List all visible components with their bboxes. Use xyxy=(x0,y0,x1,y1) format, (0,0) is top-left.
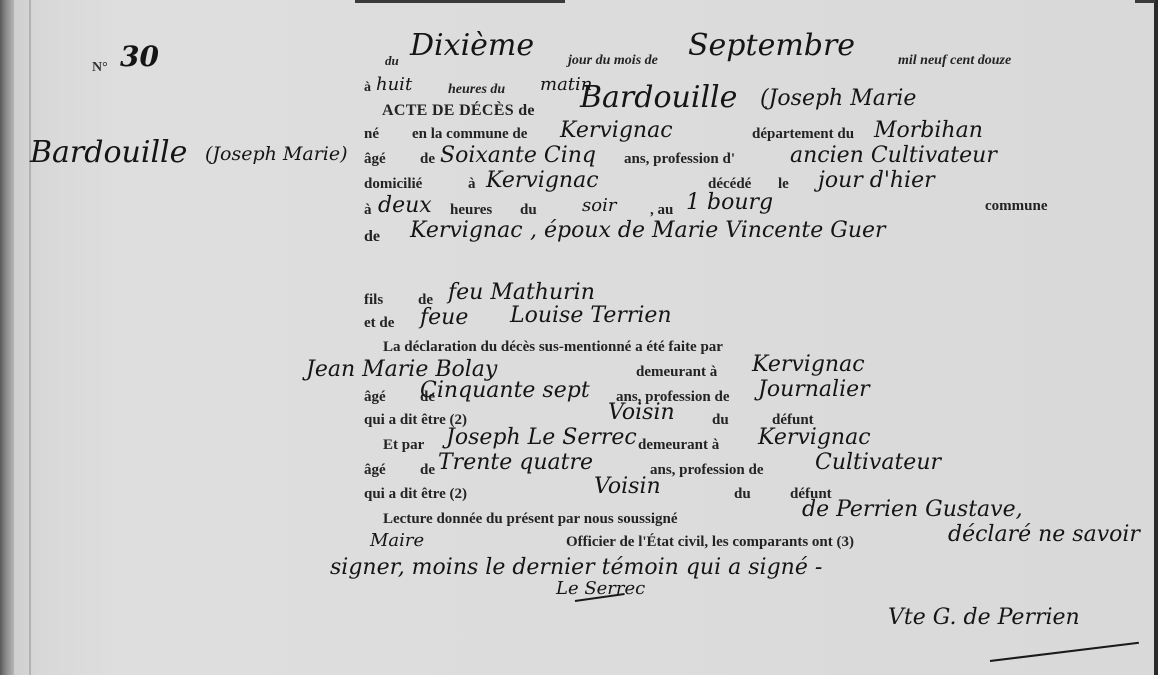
hw-death-hour: deux xyxy=(378,193,432,218)
label-age3: âgé xyxy=(364,462,386,479)
hw-officer-signature: Vte G. de Perrien xyxy=(888,605,1080,630)
hw-given-names: (Joseph Marie xyxy=(760,86,916,111)
hw-month: Septembre xyxy=(688,28,855,63)
hw-mother-prefix: feue xyxy=(420,305,468,330)
label-du4: du xyxy=(734,486,751,503)
hw-place: 1 bourg xyxy=(686,190,773,215)
hw-declarant2-residence: Kervignac xyxy=(758,425,871,450)
hw-spouse: , époux de Marie Vincente Guer xyxy=(530,218,886,243)
margin-surname: Bardouille xyxy=(30,135,187,170)
label-departement: département du xyxy=(752,126,854,143)
record-number: 30 xyxy=(120,40,159,73)
hw-profession: ancien Cultivateur xyxy=(790,143,997,168)
officer-signature-underline xyxy=(990,642,1139,662)
margin-given-names: (Joseph Marie) xyxy=(205,143,348,165)
margin-given-names-text: Joseph Marie xyxy=(212,143,340,165)
label-domicilie: domicilié xyxy=(364,176,422,193)
label-acte-de-deces: ACTE DE DÉCÈS de xyxy=(382,102,535,120)
page-binding-edge xyxy=(0,0,14,675)
label-le: le xyxy=(778,176,789,193)
hw-declarant1-profession: Journalier xyxy=(758,377,870,402)
hw-day: Dixième xyxy=(410,28,534,63)
top-edge-mark-right xyxy=(1135,0,1155,3)
label-fils: fils xyxy=(364,292,383,309)
hw-birth-commune: Kervignac xyxy=(560,118,673,143)
label-declaration: La déclaration du décès sus-mentionné a … xyxy=(383,339,723,356)
label-age: âgé xyxy=(364,151,386,168)
hw-domicile: Kervignac xyxy=(486,168,599,193)
label-lecture: Lecture donnée du présent par nous souss… xyxy=(383,511,678,528)
hw-age: Soixante Cinq xyxy=(440,143,596,168)
label-au: , au xyxy=(650,202,673,219)
label-ne: né xyxy=(364,126,379,143)
hw-mother: Louise Terrien xyxy=(510,303,672,328)
hw-death-time: soir xyxy=(582,195,616,216)
label-ans-profession: ans, profession d' xyxy=(624,151,735,168)
hw-maire: Maire xyxy=(370,530,424,551)
label-du3: du xyxy=(712,412,729,429)
hw-declarant1-age: Cinquante sept xyxy=(420,378,590,403)
label-heures-du: heures du xyxy=(448,82,505,98)
hw-death-day: jour d'hier xyxy=(818,168,935,193)
hw-hour: huit xyxy=(376,74,412,95)
margin-rule xyxy=(29,0,31,675)
label-demeurant2: demeurant à xyxy=(638,437,719,454)
hw-father: feu Mathurin xyxy=(448,280,595,305)
label-age2: âgé xyxy=(364,389,386,406)
label-de: de xyxy=(420,151,435,168)
label-jour-du-mois: jour du mois de xyxy=(568,53,658,69)
label-heures: heures xyxy=(450,202,492,219)
label-qui-a-dit2: qui a dit être (2) xyxy=(364,486,467,503)
label-et-de: et de xyxy=(364,315,394,332)
hw-declarant2-relation: Voisin xyxy=(594,474,661,499)
label-du: du xyxy=(385,53,399,69)
hw-officer: de Perrien Gustave, xyxy=(802,497,1023,522)
hw-department: Morbihan xyxy=(874,118,983,143)
label-a: à xyxy=(364,80,371,96)
hw-commune: Kervignac xyxy=(410,218,523,243)
label-year: mil neuf cent douze xyxy=(898,53,1011,69)
record-number-label: N° xyxy=(92,60,108,76)
right-border-rule xyxy=(1154,0,1158,675)
hw-declarant2-name: Joseph Le Serrec xyxy=(446,425,637,450)
label-de5: de xyxy=(420,462,435,479)
hw-closing: signer, moins le dernier témoin qui a si… xyxy=(330,555,822,580)
label-demeurant: demeurant à xyxy=(636,364,717,381)
label-ans-profession3: ans, profession de xyxy=(650,462,764,479)
label-du2: du xyxy=(520,202,537,219)
label-de2: de xyxy=(364,228,380,246)
hw-declarant1-relation: Voisin xyxy=(608,400,675,425)
hw-declaration: déclaré ne savoir xyxy=(948,522,1140,547)
label-en-la-commune: en la commune de xyxy=(412,126,527,143)
hw-surname: Bardouille xyxy=(580,80,737,115)
hw-declarant2-profession: Cultivateur xyxy=(815,450,941,475)
hw-declarant2-age: Trente quatre xyxy=(438,450,593,475)
label-a3: à xyxy=(364,202,372,219)
label-a2: à xyxy=(468,176,476,193)
hw-given-names-text: Joseph Marie xyxy=(769,86,917,111)
label-et-par: Et par xyxy=(383,437,424,454)
top-edge-mark xyxy=(355,0,565,3)
civil-record-page: N° 30 Bardouille (Joseph Marie) du Dixiè… xyxy=(0,0,1158,675)
label-commune: commune xyxy=(985,198,1048,215)
hw-declarant1-residence: Kervignac xyxy=(752,352,865,377)
label-officier: Officier de l'État civil, les comparants… xyxy=(566,534,854,551)
